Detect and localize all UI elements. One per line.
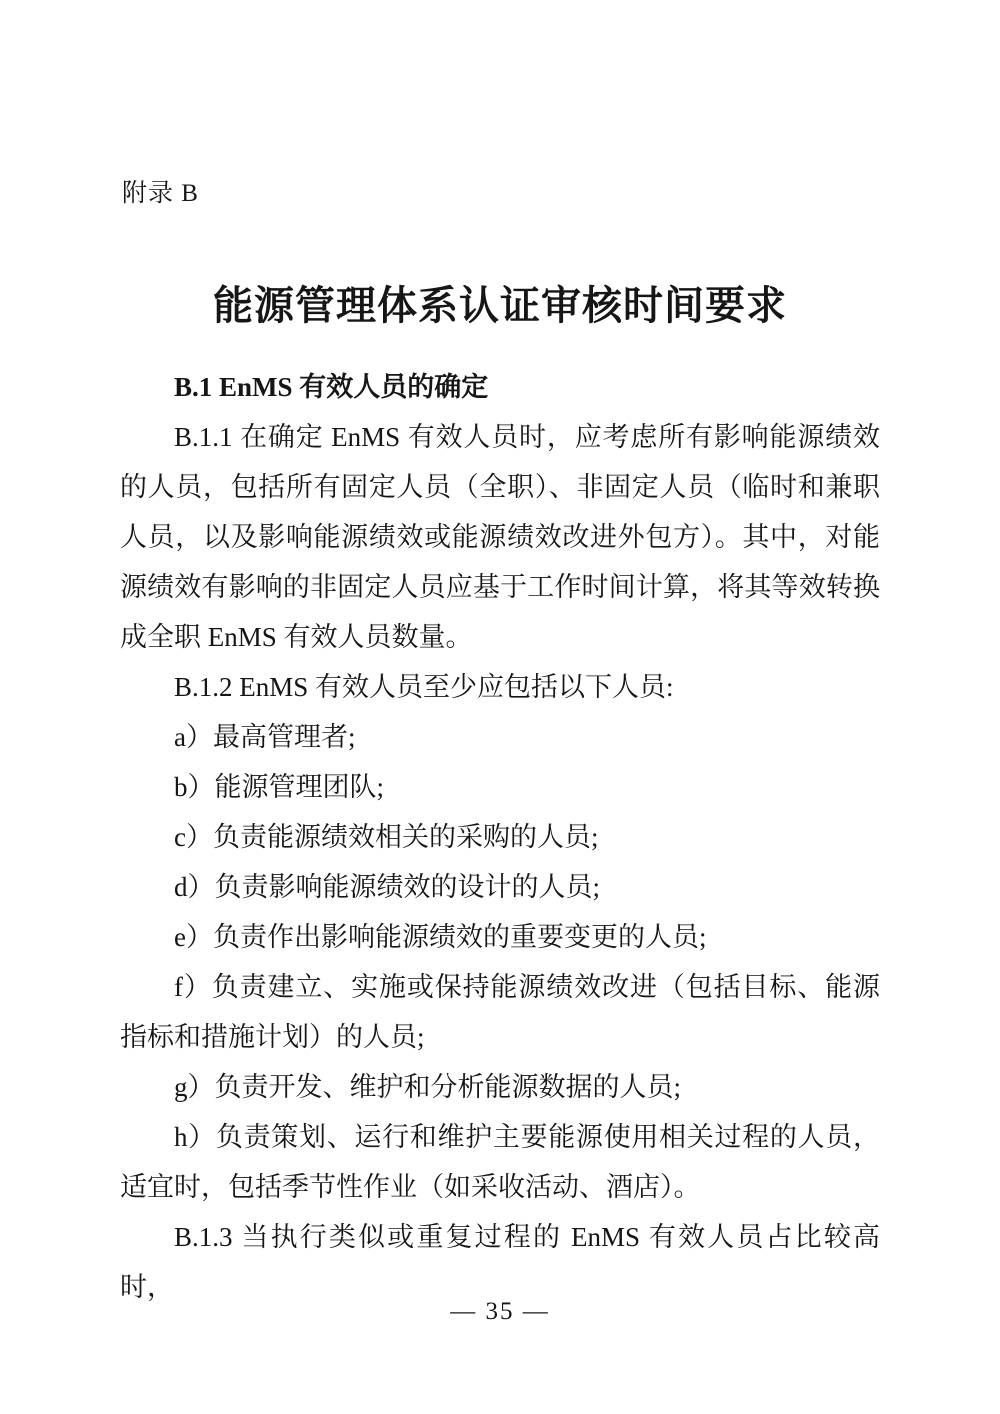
list-item-h: h）负责策划、运行和维护主要能源使用相关过程的人员，适宜时，包括季节性作业（如采… — [120, 1112, 880, 1212]
appendix-label: 附录 B — [122, 179, 199, 209]
list-item-e: e）负责作出影响能源绩效的重要变更的人员; — [120, 912, 880, 962]
list-item-f: f）负责建立、实施或保持能源绩效改进（包括目标、能源指标和措施计划）的人员; — [120, 962, 880, 1062]
paragraph-b1-1: B.1.1 在确定 EnMS 有效人员时，应考虑所有影响能源绩效的人员，包括所有… — [120, 412, 880, 662]
list-item-d: d）负责影响能源绩效的设计的人员; — [120, 862, 880, 912]
list-item-a: a）最高管理者; — [120, 712, 880, 762]
document-page: 附录 B 能源管理体系认证审核时间要求 B.1 EnMS 有效人员的确定 B.1… — [0, 0, 1000, 1414]
document-title: 能源管理体系认证审核时间要求 — [0, 281, 1000, 331]
page-number: — 35 — — [0, 1296, 1000, 1328]
document-body: B.1 EnMS 有效人员的确定 B.1.1 在确定 EnMS 有效人员时，应考… — [120, 362, 880, 1312]
list-item-b: b）能源管理团队; — [120, 762, 880, 812]
list-item-c: c）负责能源绩效相关的采购的人员; — [120, 812, 880, 862]
list-item-g: g）负责开发、维护和分析能源数据的人员; — [120, 1062, 880, 1112]
section-heading-b1: B.1 EnMS 有效人员的确定 — [120, 362, 880, 412]
paragraph-b1-2: B.1.2 EnMS 有效人员至少应包括以下人员: — [120, 662, 880, 712]
